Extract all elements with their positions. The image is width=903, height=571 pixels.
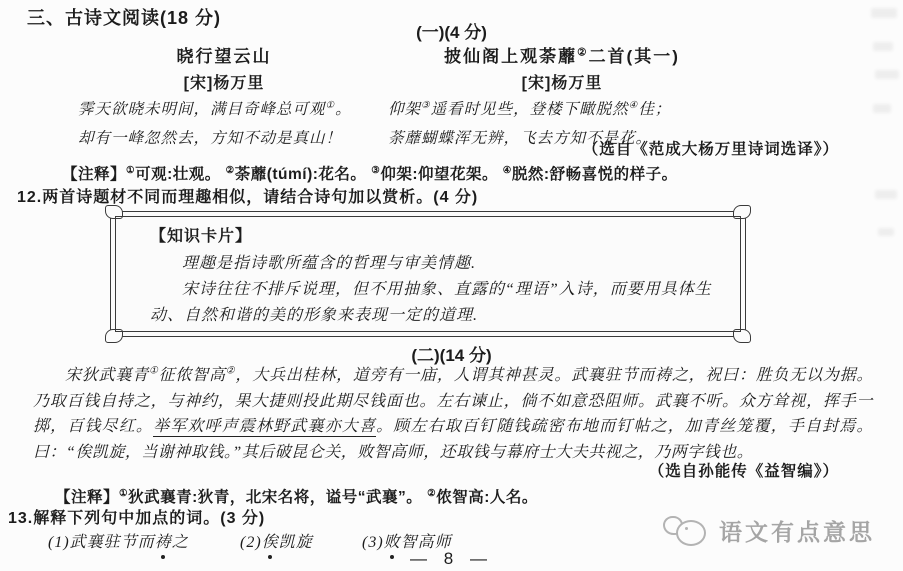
- item-1-post: 之: [172, 534, 189, 551]
- scan-artifact: [875, 70, 899, 79]
- knowledge-card-para-2: 宋诗往往不排斥说理，但不用抽象、直露的“理语”入诗，而要用具体生动、自然和谐的美…: [150, 277, 720, 329]
- question-13-item-1: (1)武襄驻节而祷之: [48, 529, 189, 552]
- mascot-icon: [663, 512, 709, 548]
- poem-left-line-1: 霁天欲晓未明间，满目奇峰总可观①。: [78, 98, 370, 122]
- poem-right: 披仙阁上观荼蘼②二首(其一) [宋]杨万里 仰架③遥看时见些，登楼下瞰脱然④佳；…: [388, 42, 736, 151]
- part-one-label: (一)(4 分): [0, 18, 903, 43]
- poem-left-author: [宋]杨万里: [78, 70, 370, 93]
- knowledge-card-inner: 【知识卡片】 理趣是指诗歌所蕴含的哲理与审美情趣. 宋诗往往不排斥说理，但不用抽…: [115, 216, 741, 332]
- page-number: — 8 —: [410, 549, 493, 569]
- poem-right-line-1: 仰架③遥看时见些，登楼下瞰脱然④佳；: [388, 98, 736, 122]
- item-1-dotted-word: 祷: [155, 529, 172, 552]
- item-1-pre: (1)武襄驻节而: [48, 534, 155, 551]
- poem-right-author: [宋]杨万里: [388, 70, 736, 93]
- item-2-dotted-word: 俟: [262, 529, 279, 552]
- passage-notes: 【注释】①狄武襄青:狄青，北宋名将，谥号“武襄”。 ②侬智高:人名。: [55, 485, 538, 507]
- scan-artifact: [871, 8, 897, 18]
- item-3-dotted-word: 败: [384, 529, 401, 552]
- knowledge-card-para-1: 理趣是指诗歌所蕴含的哲理与审美情趣.: [150, 251, 720, 277]
- knowledge-card: 【知识卡片】 理趣是指诗歌所蕴含的哲理与审美情趣. 宋诗往往不排斥说理，但不用抽…: [110, 211, 746, 337]
- item-2-post: 凯旋: [279, 534, 313, 551]
- exam-page: 三、古诗文阅读(18 分) (一)(4 分) 晓行望云山 [宋]杨万里 霁天欲晓…: [0, 0, 903, 571]
- scan-artifact: [875, 190, 897, 199]
- question-12: 12.两首诗题材不同而理趣相似，请结合诗句加以赏析。(4 分): [17, 184, 478, 207]
- knowledge-card-title: 【知识卡片】: [150, 223, 720, 246]
- item-3-pre: (3): [362, 534, 384, 551]
- classical-passage: 宋狄武襄青①征侬智高②，大兵出桂林，道旁有一庙，人谓其神甚灵。武襄驻节而祷之，祝…: [33, 363, 873, 465]
- passage-underlined-text: 举军欢呼声震林野武襄亦大喜: [153, 418, 376, 437]
- poem-left-line-2: 却有一峰忽然去，方知不动是真山！: [78, 127, 370, 151]
- poem-notes: 【注释】①可观:壮观。 ②荼蘼(túmí):花名。 ③仰架:仰望花架。 ④脱然:…: [62, 162, 678, 184]
- poem-left: 晓行望云山 [宋]杨万里 霁天欲晓未明间，满目奇峰总可观①。 却有一峰忽然去，方…: [78, 42, 370, 151]
- question-13-stem: 13.解释下列句中加点的词。(3 分): [8, 505, 265, 528]
- scan-artifact: [878, 228, 894, 236]
- passage-source: （选自孙能传《益智编》）: [649, 459, 839, 481]
- poem-source: （选自《范成大杨万里诗词选译》）: [583, 137, 839, 159]
- poem-right-title: 披仙阁上观荼蘼②二首(其一): [388, 42, 736, 67]
- watermark: 语文有点意思: [663, 512, 875, 548]
- scan-artifact: [873, 104, 891, 113]
- question-13-item-2: (2)俟凯旋: [240, 529, 313, 552]
- scan-artifact: [873, 42, 893, 51]
- poem-left-title: 晓行望云山: [78, 42, 370, 67]
- watermark-text: 语文有点意思: [719, 514, 875, 547]
- item-2-pre: (2): [240, 534, 262, 551]
